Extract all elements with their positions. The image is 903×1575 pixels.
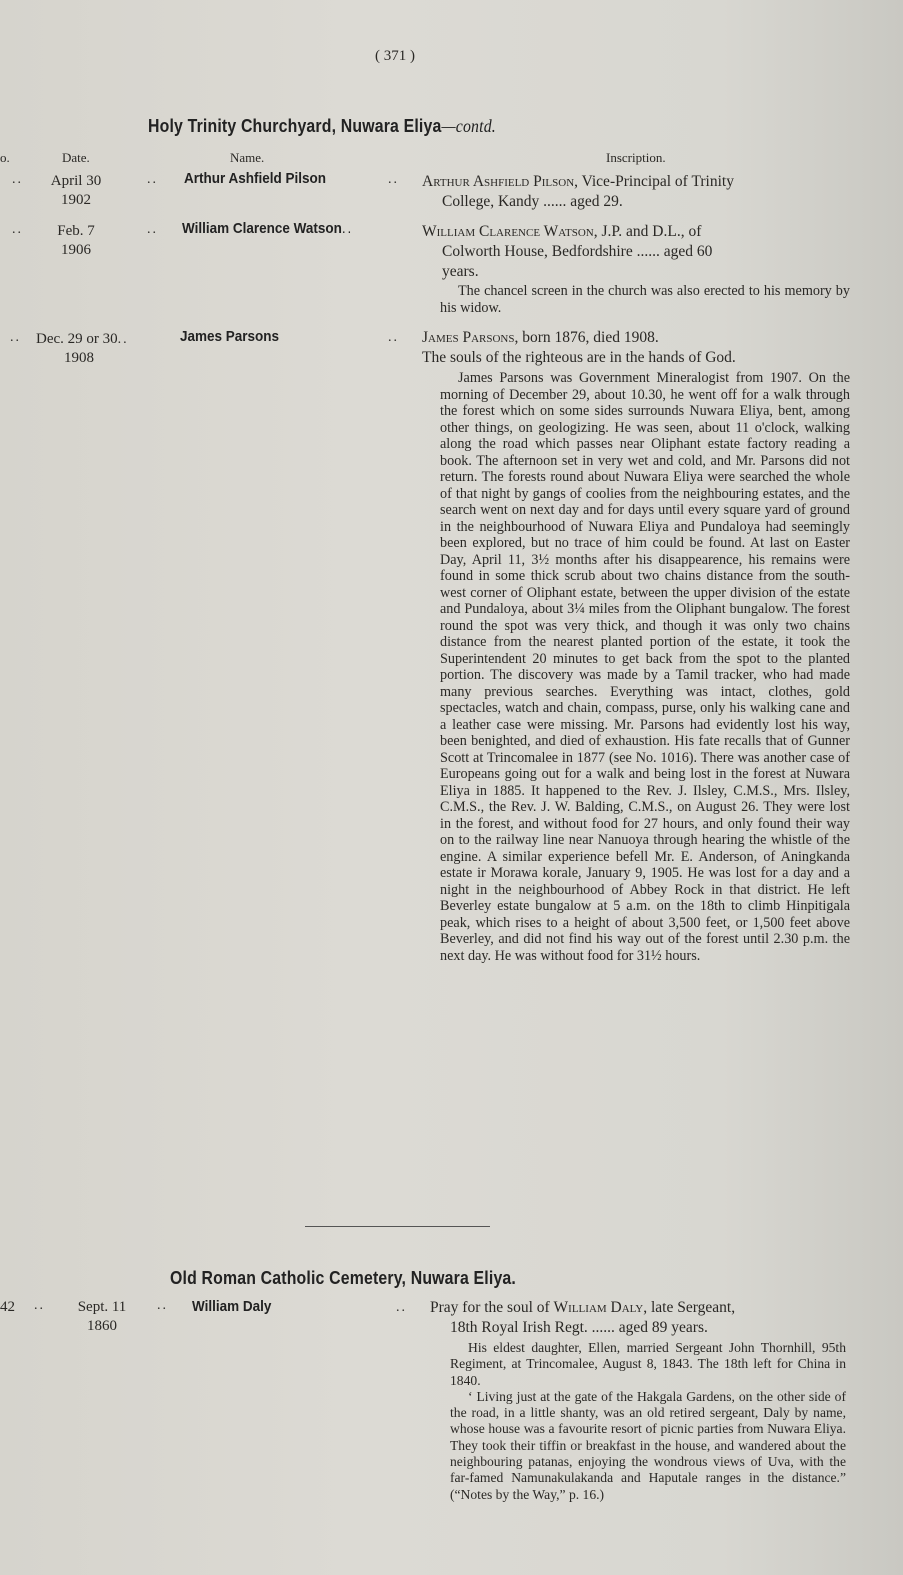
- leader-dots: ..: [147, 172, 158, 188]
- note-quote-paragraph: ‘ Living just at the gate of the Hakgala…: [450, 1389, 846, 1503]
- inscription-name: Arthur Ashfield Pilson: [422, 173, 574, 190]
- entry-date: April 30 1902: [40, 172, 112, 210]
- inscription-text: 18th Royal Irish Regt. ...... aged 89 ye…: [430, 1318, 870, 1338]
- leader-dots: ..: [10, 330, 21, 346]
- date-day: April 30: [40, 172, 112, 191]
- section-title-old-roman-catholic: Old Roman Catholic Cemetery, Nuwara Eliy…: [170, 1268, 516, 1289]
- inscription-name: William Clarence Watson: [422, 223, 594, 240]
- section-title-text: Holy Trinity Churchyard, Nuwara Eliya: [148, 116, 441, 136]
- date-day: Feb. 7: [40, 222, 112, 241]
- section-divider: [305, 1226, 490, 1227]
- inscription-text: College, Kandy ...... aged 29.: [422, 192, 852, 212]
- entry-number: 42: [0, 1298, 15, 1317]
- date-year: 1906: [40, 241, 112, 260]
- entry-name-text: William Clarence Watson: [182, 220, 342, 237]
- column-header-name: Name.: [230, 150, 264, 166]
- inscription-text: , J.P. and D.L., of: [594, 223, 702, 240]
- entry-name: Arthur Ashfield Pilson: [184, 170, 326, 187]
- entry-date: Dec. 29 or 30.. 1908: [36, 330, 136, 368]
- date-year: 1908: [36, 349, 136, 368]
- date-day: Dec. 29 or 30: [36, 331, 118, 347]
- entry-inscription: Pray for the soul of William Daly, late …: [430, 1298, 870, 1338]
- leader-dots: ..: [396, 1300, 407, 1316]
- leader-dots: ..: [147, 222, 158, 238]
- entry-note: The chancel screen in the church was als…: [440, 283, 850, 316]
- leader-dots: ..: [34, 1298, 45, 1314]
- inscription-text: The souls of the righteous are in the ha…: [422, 348, 862, 368]
- inscription-name: James Parsons: [422, 329, 515, 346]
- entry-inscription: James Parsons, born 1876, died 1908. The…: [422, 328, 862, 368]
- date-year: 1902: [40, 191, 112, 210]
- entry-name: James Parsons: [180, 328, 279, 345]
- column-header-no: o.: [0, 150, 10, 166]
- entry-note: His eldest daughter, Ellen, married Serg…: [450, 1340, 846, 1503]
- section-title-suffix: —contd.: [441, 116, 495, 136]
- note-paragraph: The chancel screen in the church was als…: [440, 283, 850, 316]
- note-paragraph: James Parsons was Government Mineralogis…: [440, 370, 850, 964]
- inscription-text: years.: [422, 262, 852, 282]
- entry-note: James Parsons was Government Mineralogis…: [440, 370, 850, 964]
- leader-dots: ..: [342, 220, 353, 237]
- date-year: 1860: [62, 1317, 142, 1336]
- inscription-text: Pray for the soul of: [430, 1299, 554, 1316]
- leader-dots: ..: [118, 332, 129, 347]
- page-number: ( 371 ): [0, 48, 790, 65]
- inscription-text: , born 1876, died 1908.: [515, 329, 659, 346]
- date-day: Sept. 11: [62, 1298, 142, 1317]
- column-header-date: Date.: [62, 150, 90, 166]
- leader-dots: ..: [157, 1298, 168, 1314]
- entry-name: William Clarence Watson..: [182, 220, 353, 237]
- entry-date: Feb. 7 1906: [40, 222, 112, 260]
- inscription-name: William Daly: [554, 1299, 644, 1316]
- inscription-text: Colworth House, Bedfordshire ...... aged…: [422, 242, 852, 262]
- column-header-inscription: Inscription.: [606, 150, 666, 166]
- inscription-text: , Vice-Principal of Trinity: [574, 173, 734, 190]
- section-title-holy-trinity: Holy Trinity Churchyard, Nuwara Eliya—co…: [148, 116, 496, 137]
- entry-inscription: Arthur Ashfield Pilson, Vice-Principal o…: [422, 172, 852, 212]
- leader-dots: ..: [12, 222, 23, 238]
- note-paragraph: His eldest daughter, Ellen, married Serg…: [450, 1340, 846, 1389]
- leader-dots: ..: [388, 330, 399, 346]
- entry-inscription: William Clarence Watson, J.P. and D.L., …: [422, 222, 852, 282]
- inscription-text: , late Sergeant,: [643, 1299, 735, 1316]
- leader-dots: ..: [12, 172, 23, 188]
- entry-date: Sept. 11 1860: [62, 1298, 142, 1336]
- entry-name: William Daly: [192, 1298, 271, 1315]
- leader-dots: ..: [388, 172, 399, 188]
